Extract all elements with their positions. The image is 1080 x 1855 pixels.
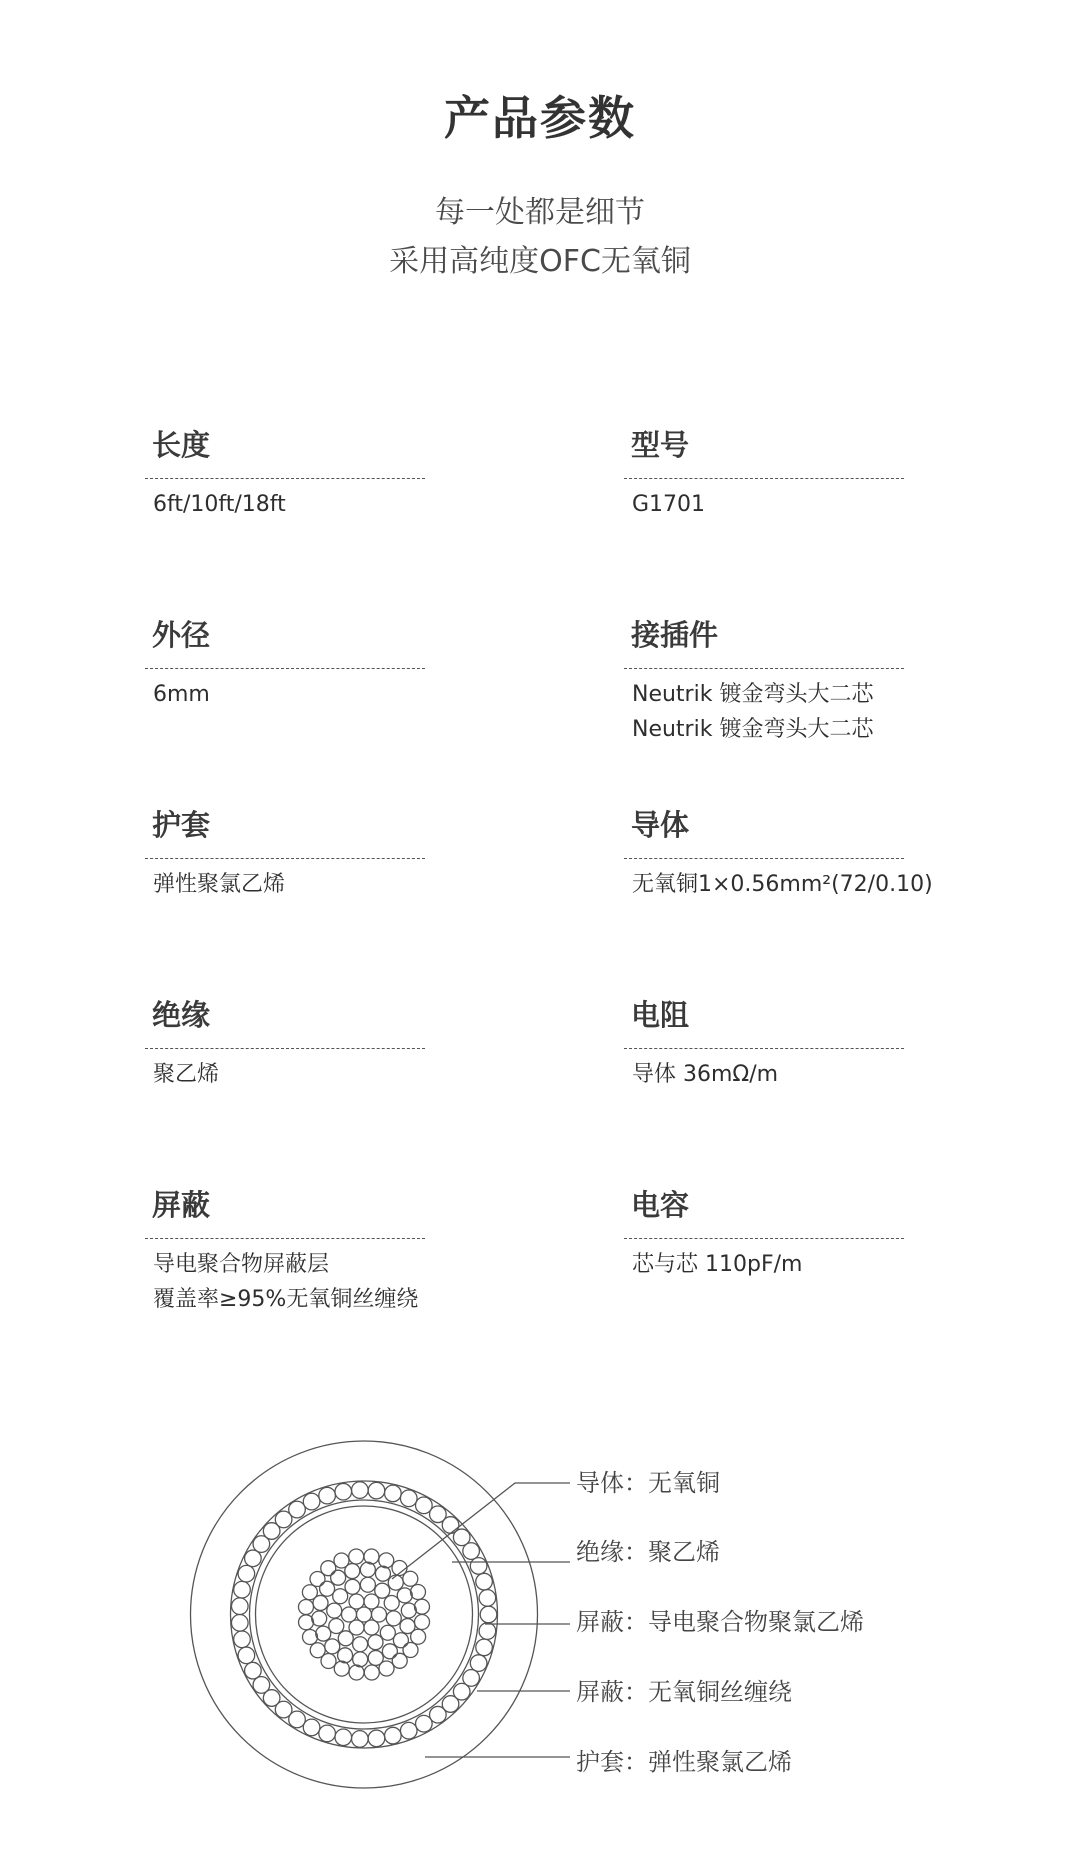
diagram-label-conductor: 导体：无氧铜 <box>576 1468 720 1498</box>
spec-shielding: 屏蔽 导电聚合物屏蔽层 覆盖率≥95%无氧铜丝缠绕 <box>145 1185 445 1317</box>
braid-wire <box>234 1631 251 1648</box>
spec-model: 型号 G1701 <box>624 425 924 522</box>
spec-outer-diameter: 外径 6mm <box>145 615 445 712</box>
leader-line-conductor <box>392 1483 570 1579</box>
braid-wire <box>319 1725 336 1742</box>
braid-wire <box>400 1490 417 1507</box>
conductor-strand <box>334 1661 349 1676</box>
spec-label: 绝缘 <box>145 995 445 1035</box>
dashed-divider <box>145 858 425 859</box>
conductor-strand <box>331 1570 346 1585</box>
braid-wire <box>275 1511 292 1528</box>
spec-label: 型号 <box>624 425 924 465</box>
conductor-strand <box>310 1643 325 1658</box>
spec-value: 芯与芯 110pF/m <box>624 1247 924 1282</box>
braid-wire <box>275 1701 292 1718</box>
conductor-strand <box>321 1561 336 1576</box>
braid-wire <box>476 1573 493 1590</box>
page-title: 产品参数 <box>0 88 1080 148</box>
conductor-strand <box>325 1639 340 1654</box>
braid-outer-ring <box>231 1481 498 1748</box>
braid-wire <box>245 1662 262 1679</box>
braid-wire <box>416 1497 433 1514</box>
conductor-strand <box>313 1595 328 1610</box>
diagram-label-polymer-shield: 屏蔽：导电聚合物聚氯乙烯 <box>576 1607 864 1637</box>
conductor-strand <box>375 1566 390 1581</box>
polymer-shield-ring <box>250 1500 479 1729</box>
braid-wire <box>480 1606 497 1623</box>
conductor-strand <box>345 1579 360 1594</box>
braid-wire <box>430 1506 447 1523</box>
braid-wire <box>368 1730 385 1747</box>
spec-insulation: 绝缘 聚乙烯 <box>145 995 445 1092</box>
spec-connector: 接插件 Neutrik 镀金弯头大二芯 Neutrik 镀金弯头大二芯 <box>624 615 924 747</box>
conductor-strand <box>298 1600 313 1615</box>
conductor-strand <box>400 1619 415 1634</box>
spec-label: 电容 <box>624 1185 924 1225</box>
conductor-strand <box>379 1661 394 1676</box>
conductor-strand <box>375 1583 390 1598</box>
spec-label: 护套 <box>145 805 445 845</box>
dashed-divider <box>145 1238 425 1239</box>
braid-wire <box>263 1690 280 1707</box>
braid-wire <box>238 1647 255 1664</box>
braid-wire <box>476 1639 493 1656</box>
braid-wire <box>234 1581 251 1598</box>
dashed-divider <box>624 1238 904 1239</box>
braid-wire <box>400 1722 417 1739</box>
dashed-divider <box>145 668 425 669</box>
conductor-strand <box>353 1652 368 1667</box>
spec-value: 6ft/10ft/18ft <box>145 487 445 522</box>
conductor-strand <box>334 1553 349 1568</box>
conductor-strand <box>364 1665 379 1680</box>
spec-length: 长度 6ft/10ft/18ft <box>145 425 445 522</box>
braid-wire <box>335 1729 352 1746</box>
spec-label: 长度 <box>145 425 445 465</box>
dashed-divider <box>624 1048 904 1049</box>
spec-resistance: 电阻 导体 36mΩ/m <box>624 995 924 1092</box>
braid-wire <box>238 1565 255 1582</box>
subtitle-line-2: 采用高纯度OFC无氧铜 <box>0 242 1080 282</box>
spec-label: 屏蔽 <box>145 1185 445 1225</box>
spec-value: G1701 <box>624 487 924 522</box>
braid-wire <box>470 1558 487 1575</box>
conductor-strand <box>342 1607 357 1622</box>
spec-label: 电阻 <box>624 995 924 1035</box>
spec-value: 导电聚合物屏蔽层 <box>145 1247 445 1282</box>
braid-wire <box>289 1501 306 1518</box>
conductor-strand <box>329 1619 344 1634</box>
conductor-strand <box>397 1588 412 1603</box>
conductor-strand <box>349 1549 364 1564</box>
conductor-strand <box>372 1607 387 1622</box>
braid-wire <box>263 1523 280 1540</box>
braid-wire <box>385 1485 402 1502</box>
conductor-strand <box>345 1564 360 1579</box>
conductor-strand <box>393 1633 408 1648</box>
braid-wire <box>319 1487 336 1504</box>
dashed-divider <box>624 478 904 479</box>
jacket-outer-ring <box>191 1441 538 1788</box>
conductor-strand <box>384 1595 399 1610</box>
conductor-strand <box>368 1650 383 1665</box>
conductor-strand <box>386 1611 401 1626</box>
braid-wire <box>303 1719 320 1736</box>
conductor-strand <box>364 1594 379 1609</box>
braid-wire <box>231 1598 248 1615</box>
spec-value: Neutrik 镀金弯头大二芯 <box>624 712 924 747</box>
conductor-strand <box>312 1611 327 1626</box>
braid-wire <box>352 1731 369 1748</box>
conductor-strand <box>379 1553 394 1568</box>
braid-wire <box>253 1536 270 1553</box>
dashed-divider <box>145 478 425 479</box>
braid-wire <box>479 1590 496 1607</box>
conductor-strand <box>392 1560 407 1575</box>
conductor-strand <box>338 1648 353 1663</box>
conductor-strand <box>414 1599 429 1614</box>
conductor-strand <box>382 1644 397 1659</box>
braid-wire <box>430 1706 447 1723</box>
spec-label: 接插件 <box>624 615 924 655</box>
braid-wire <box>442 1517 459 1534</box>
braid-wire <box>303 1493 320 1510</box>
conductor-strand <box>403 1642 418 1657</box>
conductor-strand <box>415 1614 430 1629</box>
conductor-strand <box>353 1637 368 1652</box>
conductor-strand <box>410 1584 425 1599</box>
conductor-strand <box>411 1629 426 1644</box>
conductor-strand <box>360 1577 375 1592</box>
braid-wire <box>385 1727 402 1744</box>
dashed-divider <box>624 858 904 859</box>
spec-value: 6mm <box>145 677 445 712</box>
spec-value: 导体 36mΩ/m <box>624 1057 924 1092</box>
spec-value: Neutrik 镀金弯头大二芯 <box>624 677 924 712</box>
braid-wire <box>470 1655 487 1672</box>
conductor-strand <box>338 1631 353 1646</box>
braid-wire <box>335 1483 352 1500</box>
braid-wire <box>253 1677 270 1694</box>
spec-value: 聚乙烯 <box>145 1057 445 1092</box>
conductor-strand <box>316 1626 331 1641</box>
braid-wire <box>463 1543 480 1560</box>
insulation-outer-ring <box>256 1506 473 1723</box>
braid-wire <box>453 1529 470 1546</box>
conductor-strand <box>321 1654 336 1669</box>
braid-wire <box>453 1683 470 1700</box>
spec-value: 覆盖率≥95%无氧铜丝缠绕 <box>145 1282 445 1317</box>
spec-jacket: 护套 弹性聚氯乙烯 <box>145 805 445 902</box>
conductor-strand <box>310 1572 325 1587</box>
conductor-strand <box>403 1571 418 1586</box>
conductor-strand <box>364 1620 379 1635</box>
spec-label: 导体 <box>624 805 924 845</box>
conductor-strand <box>401 1603 416 1618</box>
subtitle-line-1: 每一处都是细节 <box>0 193 1080 233</box>
braid-wire <box>479 1623 496 1640</box>
braid-wire <box>245 1550 262 1567</box>
diagram-label-jacket: 护套：弹性聚氯乙烯 <box>576 1747 792 1777</box>
spec-value: 弹性聚氯乙烯 <box>145 867 445 902</box>
conductor-strand <box>368 1635 383 1650</box>
braid-wire <box>442 1696 459 1713</box>
dashed-divider <box>145 1048 425 1049</box>
braid-wire <box>368 1482 385 1499</box>
conductor-strand <box>380 1625 395 1640</box>
conductor-strand <box>303 1630 318 1645</box>
spec-capacitance: 电容 芯与芯 110pF/m <box>624 1185 924 1282</box>
braid-wire <box>416 1715 433 1732</box>
dashed-divider <box>624 668 904 669</box>
spec-value: 无氧铜1×0.56mm²(72/0.10) <box>624 867 924 902</box>
conductor-strand <box>333 1589 348 1604</box>
conductor-strand <box>320 1581 335 1596</box>
conductor-strand <box>388 1575 403 1590</box>
diagram-label-braid-shield: 屏蔽：无氧铜丝缠绕 <box>576 1677 792 1707</box>
conductor-strand <box>392 1653 407 1668</box>
braid-wire <box>289 1711 306 1728</box>
conductor-strand <box>349 1665 364 1680</box>
spec-conductor: 导体 无氧铜1×0.56mm²(72/0.10) <box>624 805 924 902</box>
conductor-strand <box>349 1620 364 1635</box>
conductor-strand <box>357 1607 372 1622</box>
conductor-strand <box>327 1603 342 1618</box>
conductor-strand <box>349 1594 364 1609</box>
braid-wire <box>231 1615 248 1632</box>
diagram-label-insulation: 绝缘：聚乙烯 <box>576 1537 720 1567</box>
conductor-strand <box>364 1549 379 1564</box>
conductor-strand <box>299 1615 314 1630</box>
braid-wire <box>463 1670 480 1687</box>
conductor-strand <box>360 1562 375 1577</box>
braid-wire <box>352 1482 369 1499</box>
conductor-strand <box>302 1585 317 1600</box>
spec-label: 外径 <box>145 615 445 655</box>
